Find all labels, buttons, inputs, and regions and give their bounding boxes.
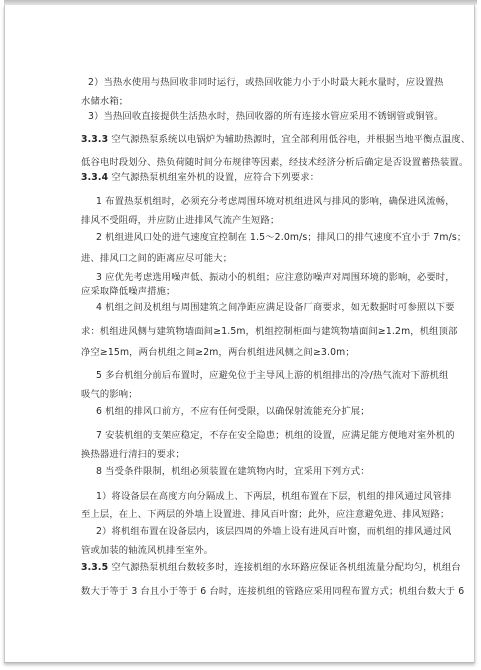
paragraph-line: 1 布置热泵机组时，必须充分考虑周围环境对机组进风与排风的影响，确保进风流畅， xyxy=(96,196,455,208)
line-text: 2）将机组布置在设备层内，该层四周的外墙上设有进风百叶窗，而机组的排风通过风 xyxy=(96,526,452,537)
section-number: 3.3.5 xyxy=(81,562,108,573)
paragraph-line: 应采取降低噪声措施； xyxy=(81,286,175,298)
paragraph-line: 水储水箱； xyxy=(81,96,128,108)
paragraph-line: 3 应优先考虑选用噪声低、振动小的机组；应注意防噪声对周围环境的影响，必要时， xyxy=(96,272,455,284)
section-number: 3.3.4 xyxy=(81,172,108,183)
line-text: 3）当热回收直接提供生活热水时，热回收器的所有连接水管应采用不锈钢管或铜管。 xyxy=(88,111,444,122)
paragraph-line: 1）将设备层在高度方向分隔成上、下两层，机组布置在下层，机组的排风通过风管排 xyxy=(96,491,452,503)
paragraph-line: 排风不受阻碍，并应防止进排风气流产生短路； xyxy=(81,215,279,227)
line-text: 吸气的影响； xyxy=(81,389,138,400)
paragraph-line: 6 机组的排风口前方，不应有任何受限，以确保射流能充分扩展； xyxy=(96,406,370,418)
paragraph-line: 7 安装机组的支架应稳定，不存在安全隐患；机组的设置，应满足能方便地对室外机的 xyxy=(96,430,455,442)
paragraph-line: 至上层，在上、下两层的外墙上设置进、排风百叶窗；此外，应注意避免进、排风短路； xyxy=(81,509,449,521)
line-text: 应采取降低噪声措施； xyxy=(81,286,175,297)
section-heading-line: 3.3.4 空气源热泵机组室外机的设置，应符合下列要求： xyxy=(81,172,319,184)
line-text: 空气源热泵机组台数较多时，连接机组的水环路应保证各机组流量分配均匀，机组台 xyxy=(108,562,461,573)
line-text: 4 机组之间及机组与周围建筑之间净距应满足设备厂商要求，如无数据时可参照以下要 xyxy=(96,302,455,313)
line-text: 1）将设备层在高度方向分隔成上、下两层，机组布置在下层，机组的排风通过风管排 xyxy=(96,491,452,502)
line-text: 1 布置热泵机组时，必须充分考虑周围环境对机组进风与排风的影响，确保进风流畅， xyxy=(96,196,455,207)
line-text: 净空≥15m，两台机组之间≥2m，两台机组进风侧之间≥3.0m； xyxy=(81,347,355,358)
line-text: 水储水箱； xyxy=(81,96,128,107)
paragraph-line: 换热器进行清扫的要求； xyxy=(81,449,185,461)
line-text: 管或加装的轴流风机排至室外。 xyxy=(81,545,213,556)
paragraph-line: 8 当受条件限制，机组必须装置在建筑物内时，宜采用下列方式： xyxy=(96,466,370,478)
paragraph-line: 净空≥15m，两台机组之间≥2m，两台机组进风侧之间≥3.0m； xyxy=(81,347,355,359)
paragraph-line: 2）将机组布置在设备层内，该层四周的外墙上设有进风百叶窗，而机组的排风通过风 xyxy=(96,526,452,538)
paragraph-line: 吸气的影响； xyxy=(81,389,138,401)
line-text: 数大于等于 3 台且小于等于 6 台时，连接机组的管路应采用同程布置方式；机组台… xyxy=(81,586,464,597)
line-text: 排风不受阻碍，并应防止进排风气流产生短路； xyxy=(81,215,279,226)
line-text: 空气源热泵系统以电锅炉为辅助热源时，宜全部利用低谷电，并根据当地平衡点温度、 xyxy=(108,134,470,145)
paragraph-line: 3）当热回收直接提供生活热水时，热回收器的所有连接水管应采用不锈钢管或铜管。 xyxy=(88,111,444,123)
line-text: 低谷电时段划分、热负荷随时间分布规律等因素，经技术经济分析后确定是否设置蓄热装置… xyxy=(81,157,468,168)
section-heading-line: 3.3.3 空气源热泵系统以电锅炉为辅助热源时，宜全部利用低谷电，并根据当地平衡… xyxy=(81,134,470,146)
section-heading-line: 3.3.5 空气源热泵机组台数较多时，连接机组的水环路应保证各机组流量分配均匀，… xyxy=(81,562,461,574)
line-text: 8 当受条件限制，机组必须装置在建筑物内时，宜采用下列方式： xyxy=(96,466,370,477)
line-text: 6 机组的排风口前方，不应有任何受限，以确保射流能充分扩展； xyxy=(96,406,370,417)
line-text: 进、排风口之间的距离应尽可能大； xyxy=(81,253,232,264)
section-number: 3.3.3 xyxy=(81,134,108,145)
paragraph-line: 求：机组进风侧与建筑物墙面间≥1.5m，机组控制柜面与建筑物墙面间≥1.2m，机… xyxy=(81,326,458,338)
line-text: 换热器进行清扫的要求； xyxy=(81,449,185,460)
line-text: 2）当热水使用与热回收非同时运行，或热回收能力小于小时最大耗水量时，应设置热 xyxy=(88,77,444,88)
paragraph-line: 5 多台机组分前后布置时，应避免位于主导风上游的机组排出的冷/热气流对下游机组 xyxy=(96,370,449,382)
line-text: 5 多台机组分前后布置时，应避免位于主导风上游的机组排出的冷/热气流对下游机组 xyxy=(96,370,449,381)
line-text: 空气源热泵机组室外机的设置，应符合下列要求： xyxy=(108,172,319,183)
line-text: 3 应优先考虑选用噪声低、振动小的机组；应注意防噪声对周围环境的影响，必要时， xyxy=(96,272,455,283)
paragraph-line: 2 机组进风口处的进气速度宜控制在 1.5～2.0m/s；排风口的排气速度不宜小… xyxy=(96,232,466,244)
line-text: 2 机组进风口处的进气速度宜控制在 1.5～2.0m/s；排风口的排气速度不宜小… xyxy=(96,232,466,243)
line-text: 至上层，在上、下两层的外墙上设置进、排风百叶窗；此外，应注意避免进、排风短路； xyxy=(81,509,449,520)
line-text: 7 安装机组的支架应稳定，不存在安全隐患；机组的设置，应满足能方便地对室外机的 xyxy=(96,430,455,441)
line-text: 求：机组进风侧与建筑物墙面间≥1.5m，机组控制柜面与建筑物墙面间≥1.2m，机… xyxy=(81,326,458,337)
paragraph-line: 低谷电时段划分、热负荷随时间分布规律等因素，经技术经济分析后确定是否设置蓄热装置… xyxy=(81,157,468,169)
paragraph-line: 管或加装的轴流风机排至室外。 xyxy=(81,545,213,557)
paragraph-line: 数大于等于 3 台且小于等于 6 台时，连接机组的管路应采用同程布置方式；机组台… xyxy=(81,586,464,598)
paragraph-line: 进、排风口之间的距离应尽可能大； xyxy=(81,253,232,265)
paragraph-line: 2）当热水使用与热回收非同时运行，或热回收能力小于小时最大耗水量时，应设置热 xyxy=(88,77,444,89)
paragraph-line: 4 机组之间及机组与周围建筑之间净距应满足设备厂商要求，如无数据时可参照以下要 xyxy=(96,302,455,314)
